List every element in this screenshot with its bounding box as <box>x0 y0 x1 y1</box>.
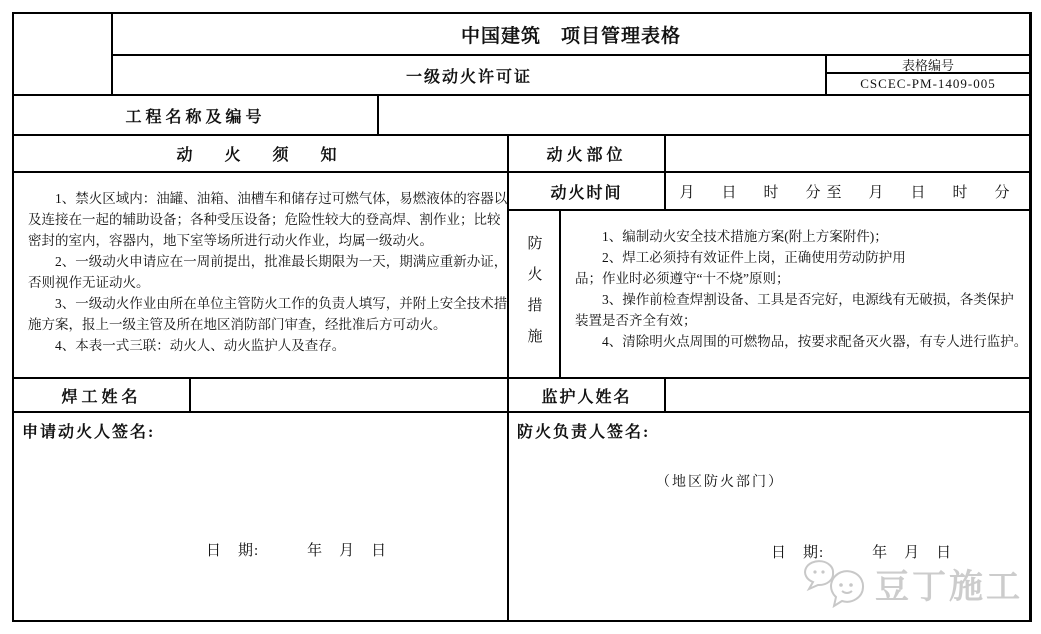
text-line: 1、禁火区域内：油罐、油箱、油槽车和储存过可燃气体，易燃液体的容器以 <box>28 188 505 209</box>
applicant-signature-label: 申请动火人签名: <box>22 419 155 442</box>
text-line: 2、焊工必须持有效证件上岗，正确使用劳动防护用 <box>575 247 1027 268</box>
logo-cell <box>13 13 112 95</box>
project-name-label: 工程名称及编号 <box>13 95 378 135</box>
fire-officer-signature-label: 防火负责人签名: <box>517 419 650 442</box>
welder-name-label: 焊工姓名 <box>13 378 190 412</box>
text-line: 4、清除明火点周围的可燃物品，按要求配备灭火器，有专人进行监护。 <box>575 331 1027 352</box>
hot-work-location-label: 动火部位 <box>508 135 665 172</box>
applicant-signature-cell: 申请动火人签名: 日 期: 年 月 日 <box>13 412 508 621</box>
form-number-label: 表格编号 <box>826 55 1030 73</box>
org-title: 中国建筑 项目管理表格 <box>112 13 1030 55</box>
form-title: 一级动火许可证 <box>112 55 826 95</box>
watermark-text: 豆丁施工 <box>875 559 1023 608</box>
project-name-value-field <box>378 95 1030 135</box>
text-line: 3、操作前检查焊割设备、工具是否完好，电源线有无破损，各类保护 <box>575 289 1027 310</box>
text-line: 密封的室内，容器内，地下室等场所进行动火作业，均属一级动火。 <box>28 230 505 251</box>
text-line: 2、一级动火申请应在一周前提出，批准最长期限为一天，期满应重新办证， <box>28 251 505 272</box>
text-line: 否则视作无证动火。 <box>28 272 505 293</box>
text-line: 施方案，报上一级主管及所在地区消防部门审查，经批准后方可动火。 <box>28 314 505 335</box>
notice-title: 动 火 须 知 <box>13 135 508 172</box>
fire-measures-label-cell: 防火措施 <box>508 210 560 378</box>
hot-work-time-value-field: 月 日 时 分至 月 日 时 分 <box>665 172 1030 210</box>
fire-measures-body: 1、编制动火安全技术措施方案(附上方案附件)； 2、焊工必须持有效证件上岗，正确… <box>560 210 1030 378</box>
speech-bubbles-icon <box>803 560 871 608</box>
fire-measures-label: 防火措施 <box>524 211 545 359</box>
guardian-name-label: 监护人姓名 <box>508 378 665 412</box>
notice-body: 1、禁火区域内：油罐、油箱、油槽车和储存过可燃气体，易燃液体的容器以及连接在一起… <box>13 172 508 378</box>
text-line: 及连接在一起的辅助设备；各种受压设备；危险性较大的登高焊、割作业；比较 <box>28 209 505 230</box>
text-line: 装置是否齐全有效； <box>575 310 1027 331</box>
fire-dept-note: （地区防火部门） <box>656 471 784 491</box>
form-number-value: CSCEC-PM-1409-005 <box>826 73 1030 95</box>
welder-name-value-field <box>190 378 508 412</box>
text-line: 4、本表一式三联：动火人、动火监护人及查存。 <box>28 335 505 356</box>
applicant-date-line: 日 期: 年 月 日 <box>206 539 387 560</box>
text-line: 3、一级动火作业由所在单位主管防火工作的负责人填写，并附上安全技术措 <box>28 293 505 314</box>
text-line: 品；作业时必须遵守“十不烧”原则； <box>575 268 1027 289</box>
guardian-name-value-field <box>665 378 1030 412</box>
docin-watermark: 豆丁施工 <box>803 559 1023 608</box>
text-line: 1、编制动火安全技术措施方案(附上方案附件)； <box>575 226 1027 247</box>
fire-officer-signature-cell: 防火负责人签名: （地区防火部门） 日 期: 年 月 日 豆丁施工 <box>508 412 1030 621</box>
hot-work-time-label: 动火时间 <box>508 172 665 210</box>
hot-work-permit-form: 中国建筑 项目管理表格 一级动火许可证 表格编号 CSCEC-PM-1409-0… <box>0 0 1041 634</box>
hot-work-location-value-field <box>665 135 1030 172</box>
